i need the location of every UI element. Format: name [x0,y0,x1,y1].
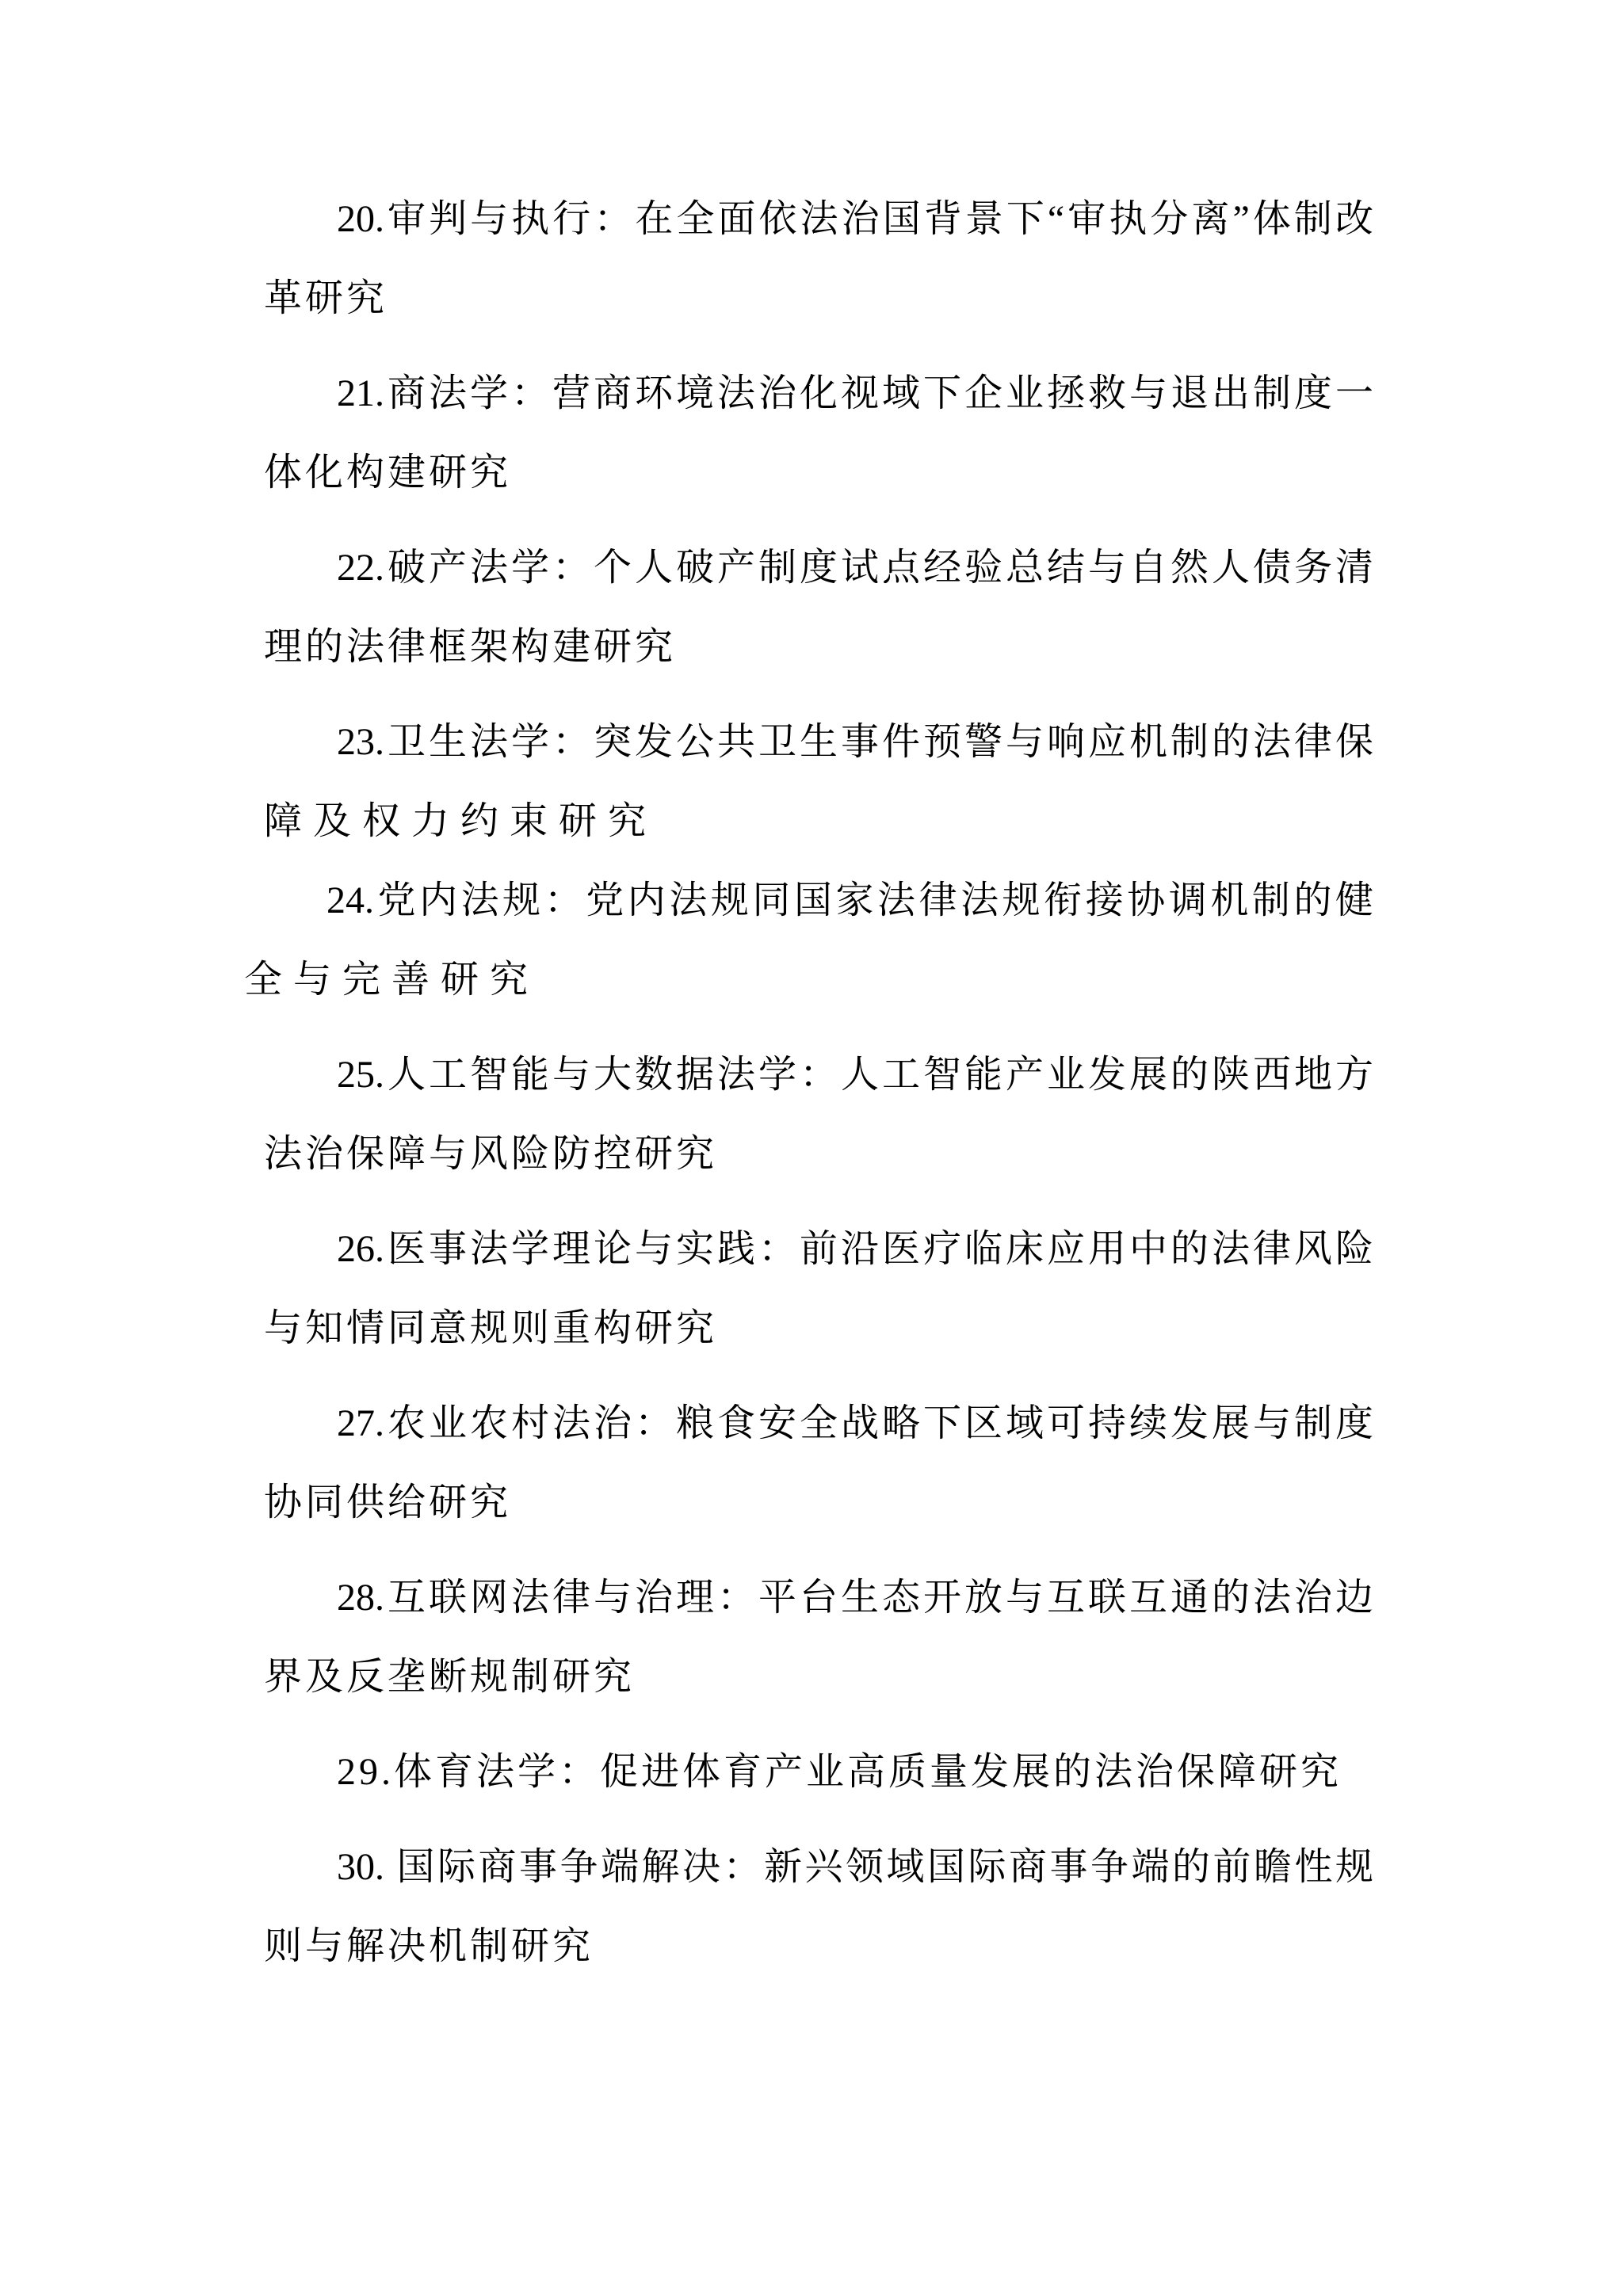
topic-line: 协同供给研究 [264,1463,1373,1543]
topic-line: 理的法律框架构建研究 [264,608,1373,687]
topic-line: 革研究 [264,259,1373,338]
topic-item-24: 24.党内法规：党内法规同国家法律法规衔接协调机制的健全与完善研究 [244,861,1373,1020]
topic-line: 法治保障与风险防控研究 [264,1115,1373,1194]
topic-item-21: 21.商法学：营商环境法治化视域下企业拯救与退出制度一体化构建研究 [264,354,1373,513]
topic-line: 28.互联网法律与治理：平台生态开放与互联互通的法治边 [264,1558,1373,1638]
topic-item-25: 25.人工智能与大数据法学：人工智能产业发展的陕西地方法治保障与风险防控研究 [264,1035,1373,1194]
document-page: 20.审判与执行：在全面依法治国背景下“审执分离”体制改革研究21.商法学：营商… [0,0,1623,2296]
topic-line: 20.审判与执行：在全面依法治国背景下“审执分离”体制改 [264,180,1373,259]
topic-item-29: 29.体育法学：促进体育产业高质量发展的法治保障研究 [264,1733,1373,1812]
topic-item-30: 30. 国际商事争端解决：新兴领域国际商事争端的前瞻性规则与解决机制研究 [264,1828,1373,1986]
topic-line: 29.体育法学：促进体育产业高质量发展的法治保障研究 [264,1733,1373,1812]
topic-line: 23.卫生法学：突发公共卫生事件预警与响应机制的法律保 [264,703,1373,782]
topic-line: 21.商法学：营商环境法治化视域下企业拯救与退出制度一 [264,354,1373,433]
topic-line: 24.党内法规：党内法规同国家法律法规衔接协调机制的健 [244,861,1373,940]
topic-line: 则与解决机制研究 [264,1907,1373,1986]
topic-item-23: 23.卫生法学：突发公共卫生事件预警与响应机制的法律保障及权力约束研究 [264,703,1373,861]
topic-line: 与知情同意规则重构研究 [264,1289,1373,1368]
topic-line: 体化构建研究 [264,433,1373,513]
topic-line: 22.破产法学：个人破产制度试点经验总结与自然人债务清 [264,528,1373,608]
topic-item-27: 27.农业农村法治：粮食安全战略下区域可持续发展与制度协同供给研究 [264,1384,1373,1543]
topic-line: 26.医事法学理论与实践：前沿医疗临床应用中的法律风险 [264,1210,1373,1289]
topic-item-28: 28.互联网法律与治理：平台生态开放与互联互通的法治边界及反垄断规制研究 [264,1558,1373,1717]
topic-item-26: 26.医事法学理论与实践：前沿医疗临床应用中的法律风险与知情同意规则重构研究 [264,1210,1373,1368]
topic-line: 25.人工智能与大数据法学：人工智能产业发展的陕西地方 [264,1035,1373,1115]
topic-item-22: 22.破产法学：个人破产制度试点经验总结与自然人债务清理的法律框架构建研究 [264,528,1373,687]
topic-line: 界及反垄断规制研究 [264,1638,1373,1717]
topic-line: 全与完善研究 [244,940,1373,1020]
topic-line: 27.农业农村法治：粮食安全战略下区域可持续发展与制度 [264,1384,1373,1463]
topic-line: 30. 国际商事争端解决：新兴领域国际商事争端的前瞻性规 [264,1828,1373,1907]
topic-list: 20.审判与执行：在全面依法治国背景下“审执分离”体制改革研究21.商法学：营商… [0,180,1623,2002]
topic-item-20: 20.审判与执行：在全面依法治国背景下“审执分离”体制改革研究 [264,180,1373,338]
topic-line: 障及权力约束研究 [264,782,1373,861]
